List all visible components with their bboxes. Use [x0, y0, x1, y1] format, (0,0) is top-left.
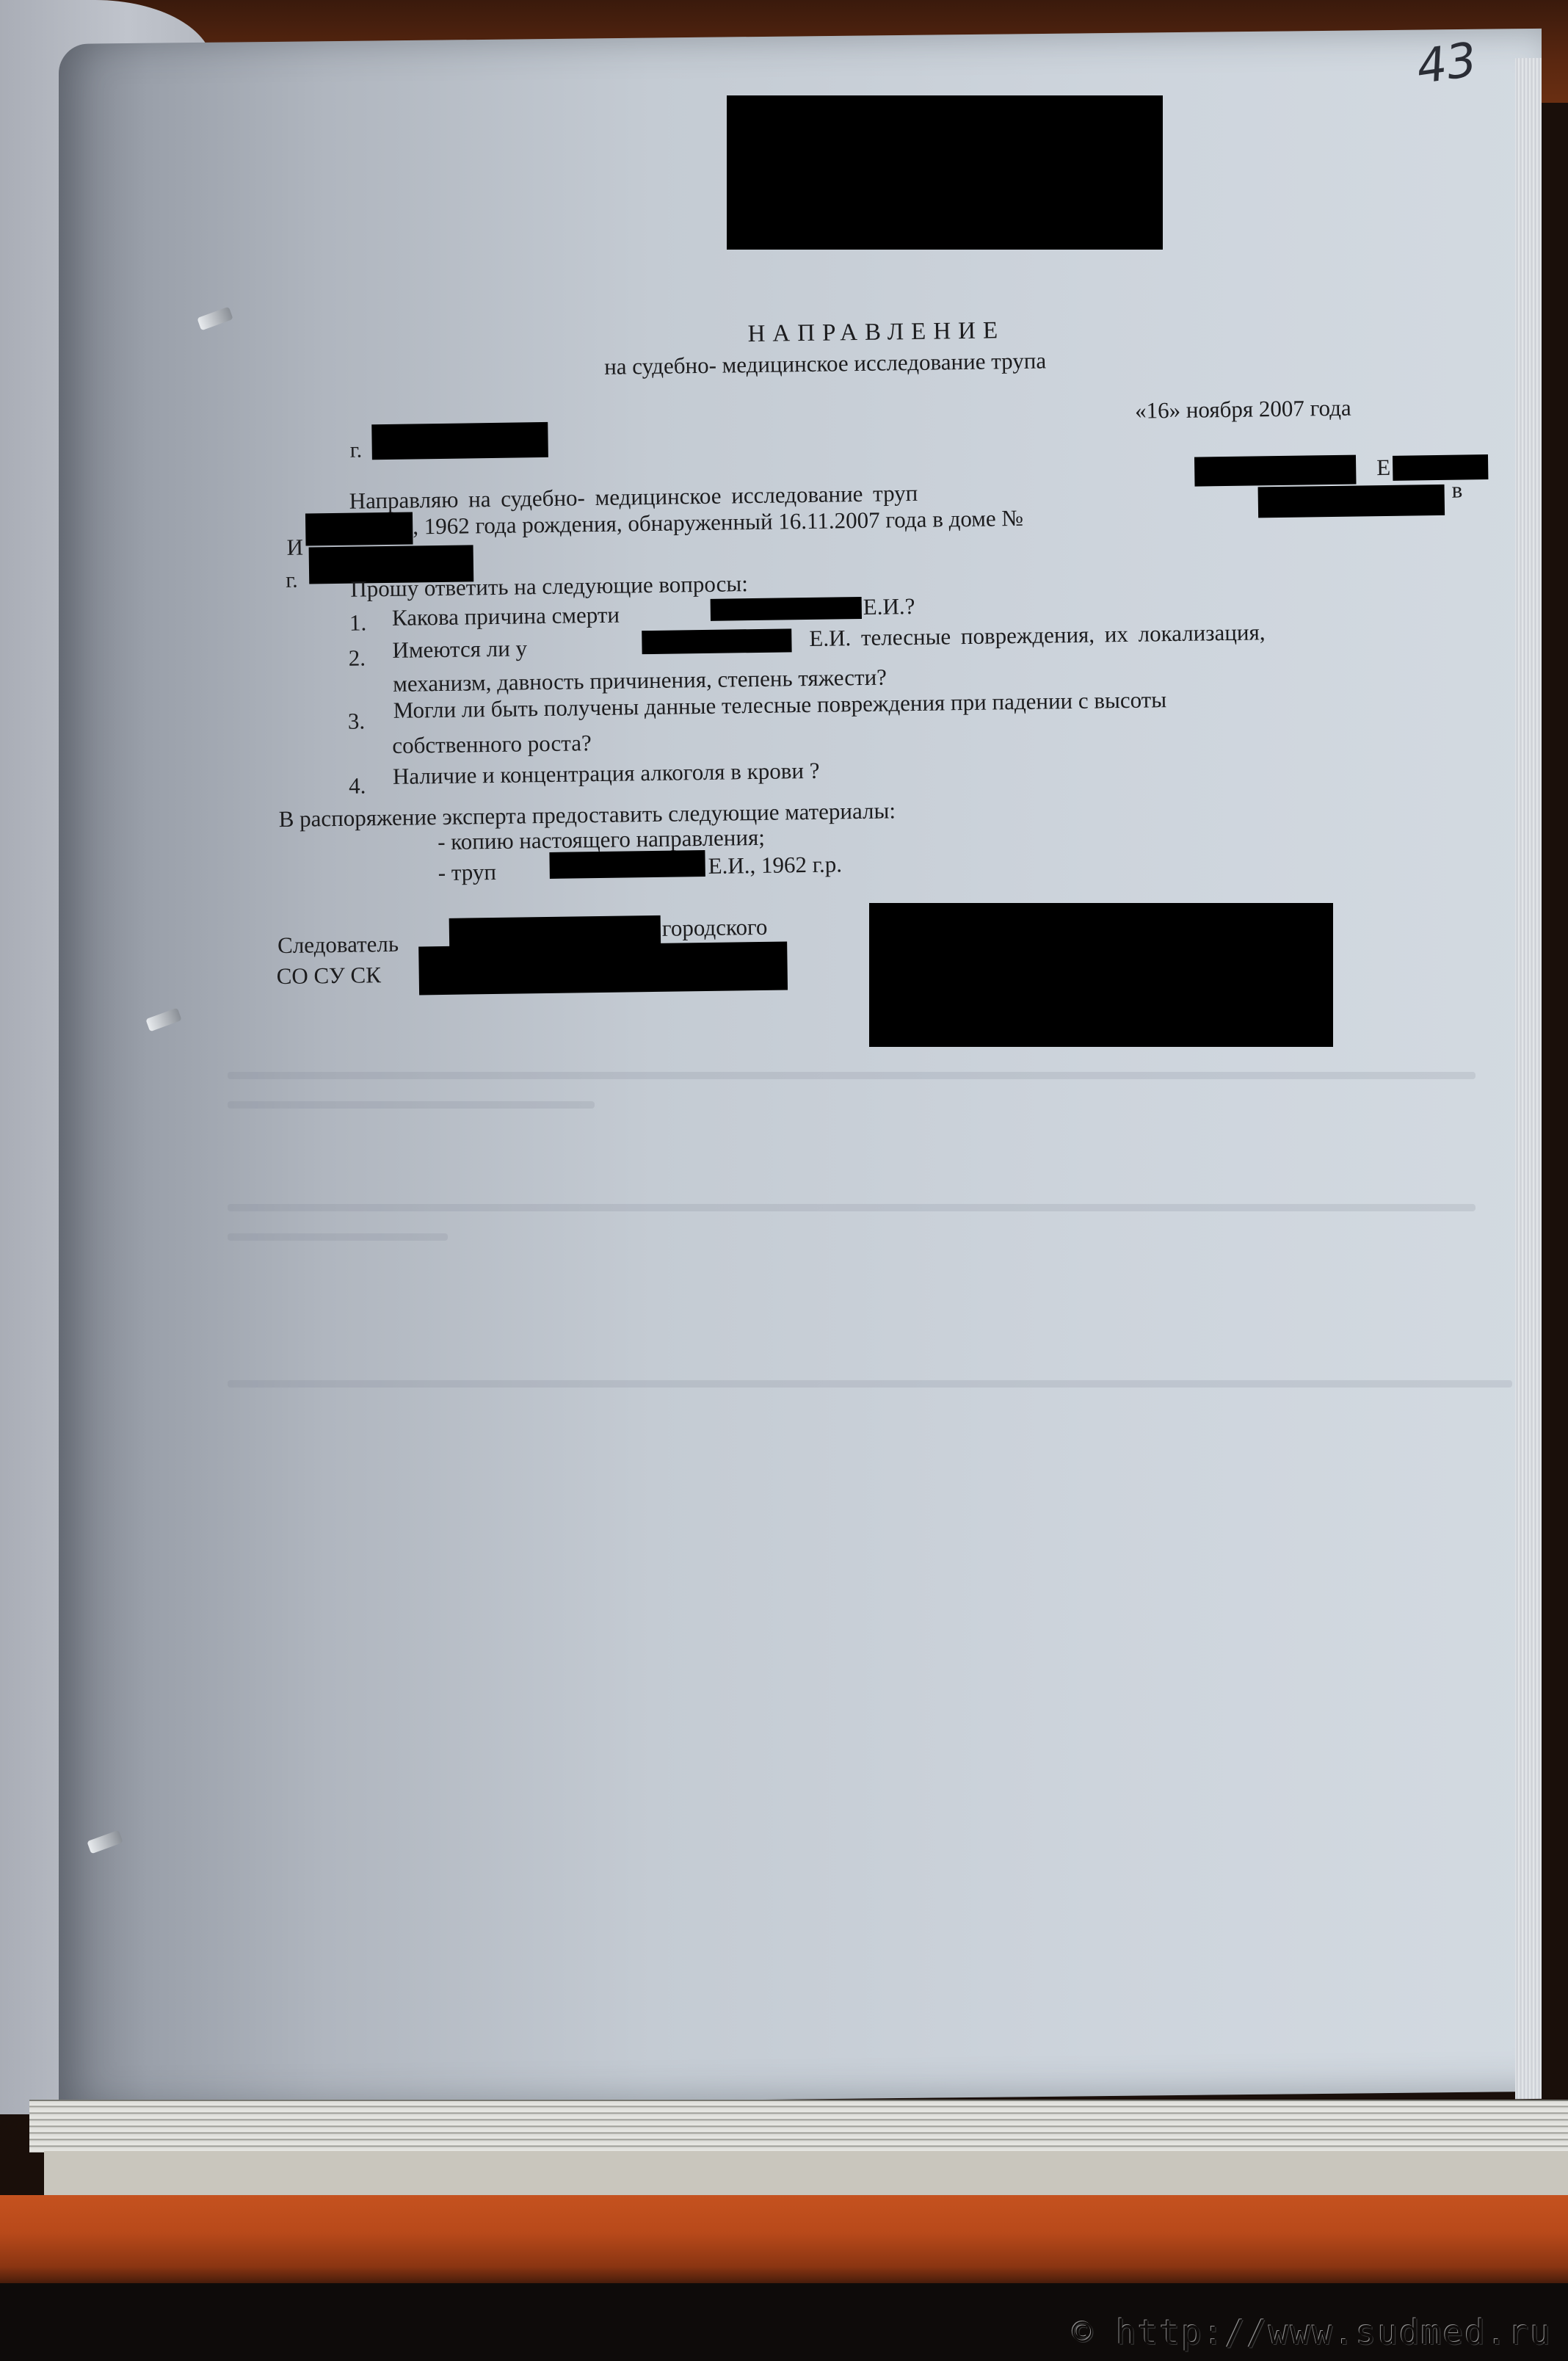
redacted-first-name — [1393, 454, 1488, 481]
question-2-text: Имеются ли у — [392, 637, 527, 661]
intro-line-3-prefix: г. — [286, 570, 298, 592]
redacted-house-number — [1258, 485, 1445, 518]
question-1-text: Какова причина смерти — [392, 603, 620, 629]
document-date: «16» ноября 2007 года — [1135, 396, 1351, 422]
watermark: © http://www.sudmed.ru — [1072, 2313, 1552, 2352]
question-4-text: Наличие и концентрация алкоголя в крови … — [393, 759, 820, 788]
question-2-text-end: Е.И. телесные повреждения, их локализаци… — [809, 620, 1266, 650]
question-3-continuation: собственного роста? — [392, 731, 592, 757]
redacted-surname-q2 — [642, 628, 791, 654]
intro-line-2-initial: И — [286, 536, 303, 559]
redacted-city — [371, 422, 548, 460]
question-3-number: 3. — [348, 709, 366, 732]
question-1-number: 1. — [349, 611, 367, 634]
city-prefix: г. — [350, 439, 363, 461]
redacted-investigator-name — [418, 941, 788, 995]
redacted-surname-q1 — [711, 597, 862, 621]
intro-line-2-end: в — [1451, 479, 1462, 501]
material-item-1: - копию настоящего направления; — [438, 826, 765, 853]
table-background-bottom — [0, 2195, 1568, 2291]
redacted-signature-stamp — [869, 903, 1333, 1047]
redacted-surname-materials — [549, 850, 705, 879]
signature-line-2-start: СО СУ СК — [277, 963, 382, 987]
materials-heading: В распоряжение эксперта предоставить сле… — [279, 799, 896, 830]
signature-line-1-start: Следователь — [277, 932, 399, 957]
question-4-number: 4. — [349, 774, 366, 797]
intro-initial: Е — [1376, 456, 1390, 479]
document-subtitle: на судебно- медицинское исследование тру… — [604, 349, 1046, 377]
material-item-2-prefix: - труп — [438, 860, 497, 884]
document-text: НАПРАВЛЕНИЕ на судебно- медицинское иссл… — [0, 0, 1568, 2140]
questions-heading: Прошу ответить на следующие вопросы: — [350, 572, 748, 601]
signature-line-1-end: городского — [662, 915, 768, 940]
question-1-initials: Е.И.? — [863, 595, 915, 618]
material-item-2-suffix: Е.И., 1962 г.р. — [708, 852, 842, 877]
question-2-continuation: механизм, давность причинения, степень т… — [393, 666, 887, 695]
document-title: НАПРАВЛЕНИЕ — [747, 319, 1005, 347]
question-2-number: 2. — [348, 646, 366, 669]
redacted-patronymic — [305, 512, 413, 546]
redacted-surname — [1194, 455, 1357, 487]
